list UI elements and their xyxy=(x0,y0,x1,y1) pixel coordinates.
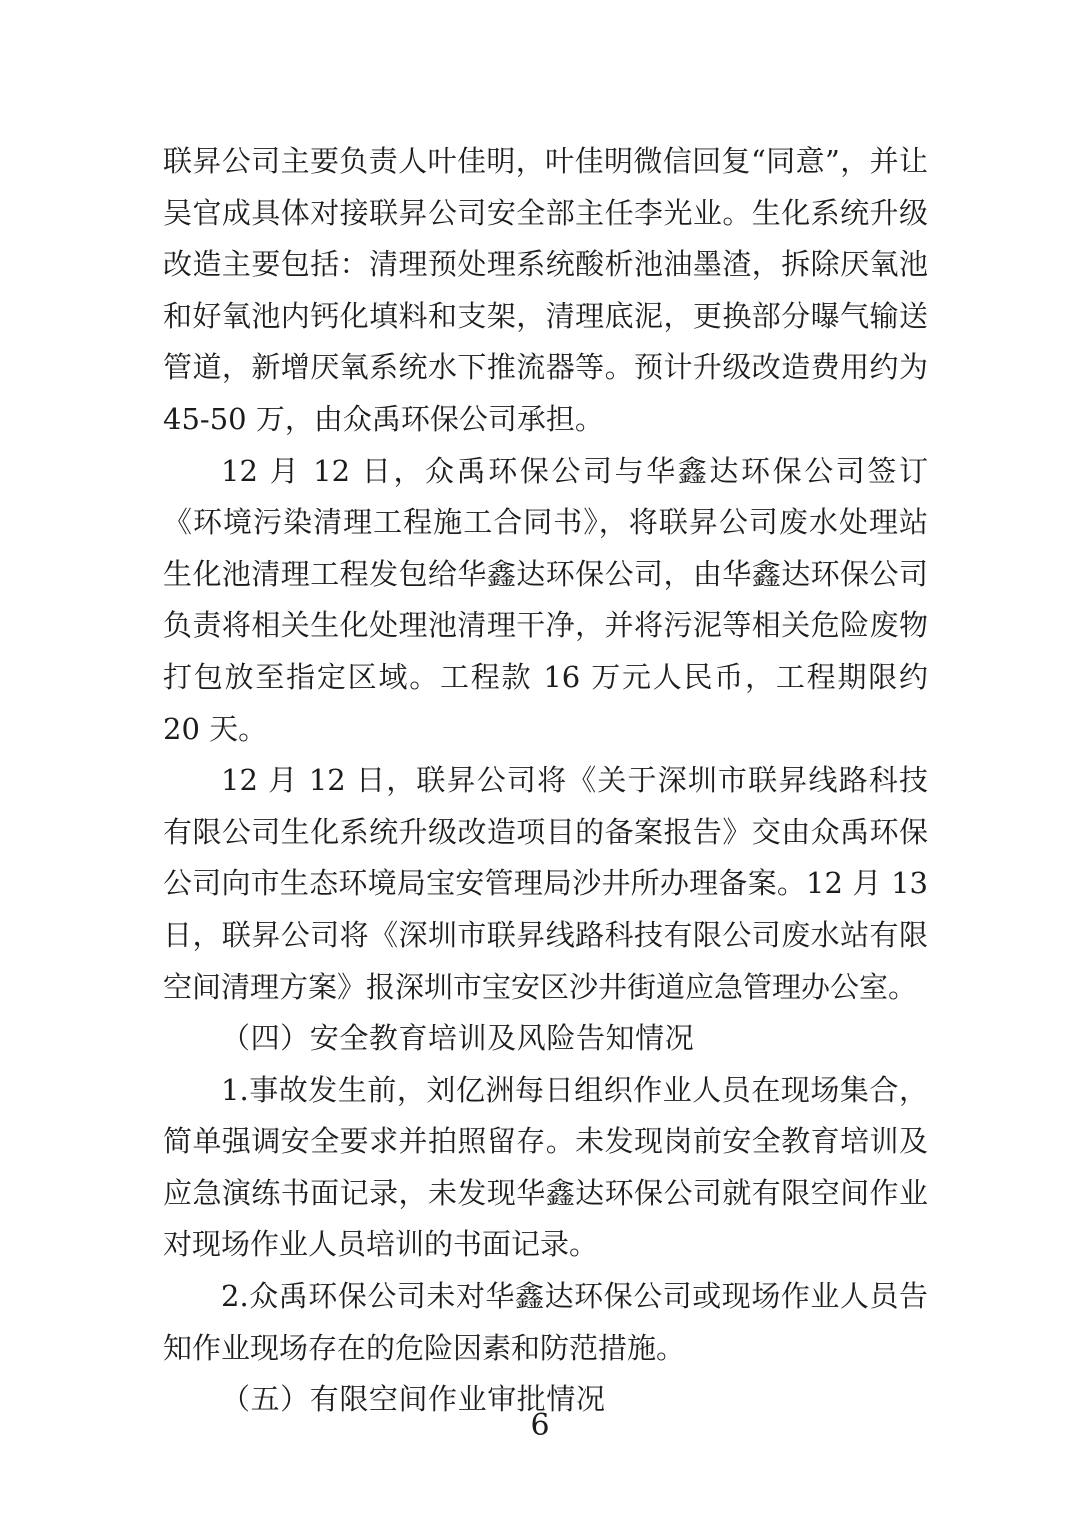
body-paragraph: 2.众禹环保公司未对华鑫达环保公司或现场作业人员告知作业现场存在的危险因素和防范… xyxy=(163,1271,928,1374)
section-heading-4: （四）安全教育培训及风险告知情况 xyxy=(163,1013,928,1065)
page-number: 6 xyxy=(0,1406,1080,1446)
body-paragraph: 12 月 12 日，众禹环保公司与华鑫达环保公司签订《环境污染清理工程施工合同书… xyxy=(163,446,928,756)
body-paragraph: 1.事故发生前，刘亿洲每日组织作业人员在现场集合，简单强调安全要求并拍照留存。未… xyxy=(163,1065,928,1271)
body-paragraph: 12 月 12 日，联昇公司将《关于深圳市联昇线路科技有限公司生化系统升级改造项… xyxy=(163,755,928,1013)
document-page: 联昇公司主要负责人叶佳明，叶佳明微信回复“同意”，并让吴官成具体对接联昇公司安全… xyxy=(0,0,1080,1527)
document-body: 联昇公司主要负责人叶佳明，叶佳明微信回复“同意”，并让吴官成具体对接联昇公司安全… xyxy=(163,136,928,1426)
body-paragraph: 联昇公司主要负责人叶佳明，叶佳明微信回复“同意”，并让吴官成具体对接联昇公司安全… xyxy=(163,136,928,446)
